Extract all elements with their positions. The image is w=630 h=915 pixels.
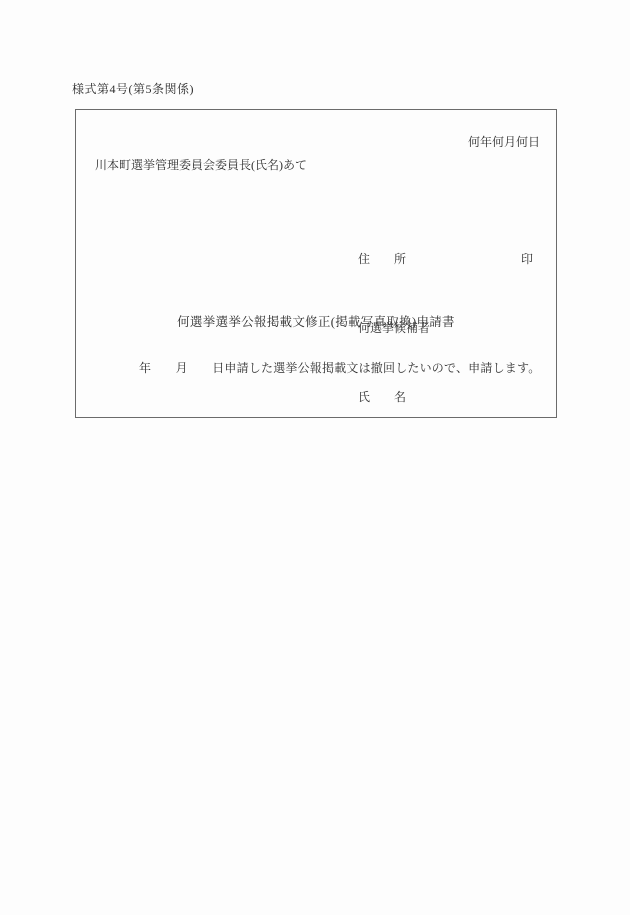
name-label: 氏 名 (358, 386, 430, 409)
form-number-label: 様式第4号(第5条関係) (72, 80, 194, 97)
address-label: 住 所 (358, 248, 430, 271)
document-title: 何選挙選挙公報掲載文修正(掲載写真取換)申請書 (76, 312, 556, 330)
document-page: 様式第4号(第5条関係) 何年何月何日 川本町選挙管理委員会委員長(氏名)あて … (0, 0, 630, 915)
date-line: 何年何月何日 (468, 133, 540, 150)
addressee-line: 川本町選挙管理委員会委員長(氏名)あて (95, 156, 307, 173)
seal-mark: 印 (521, 248, 533, 271)
application-form-box: 何年何月何日 川本町選挙管理委員会委員長(氏名)あて 住 所 何選挙候補者 氏 … (75, 109, 557, 418)
body-text: 年 月 日申請した選挙公報掲載文は撤回したいので、申請します。 (139, 359, 540, 376)
